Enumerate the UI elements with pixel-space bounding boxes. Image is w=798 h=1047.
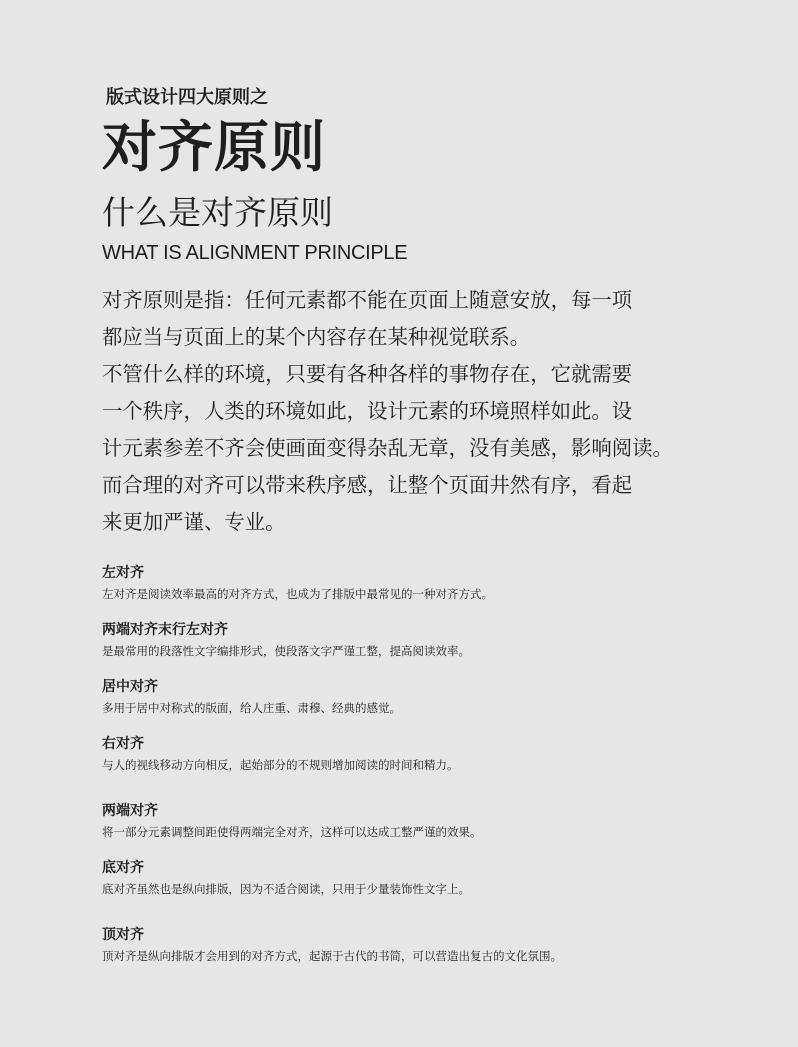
section-right-align: 右对齐 与人的视线移动方向相反，起始部分的不规则增加阅读的时间和精力。 <box>102 734 459 774</box>
section-description: 顶对齐是纵向排版才会用到的对齐方式，起源于古代的书简，可以营造出复古的文化氛围。 <box>102 947 562 965</box>
section-heading: 底对齐 <box>102 858 470 878</box>
section-heading: 两端对齐 <box>102 801 482 821</box>
section-description: 多用于居中对称式的版面，给人庄重、肃穆、经典的感觉。 <box>102 699 401 717</box>
section-description: 是最常用的段落性文字编排形式，使段落文字严谨工整，提高阅读效率。 <box>102 642 470 660</box>
section-heading: 右对齐 <box>102 734 459 754</box>
section-heading: 顶对齐 <box>102 925 562 945</box>
section-justify-last-left: 两端对齐末行左对齐 是最常用的段落性文字编排形式，使段落文字严谨工整，提高阅读效… <box>102 620 470 660</box>
section-top-align: 顶对齐 顶对齐是纵向排版才会用到的对齐方式，起源于古代的书简，可以营造出复古的文… <box>102 925 562 965</box>
section-left-align: 左对齐 左对齐是阅读效率最高的对齐方式，也成为了排版中最常见的一种对齐方式。 <box>102 563 493 603</box>
body-line: 不管什么样的环境，只要有各种各样的事物存在，它就需要 <box>102 356 672 393</box>
section-bottom-align: 底对齐 底对齐虽然也是纵向排版，因为不适合阅读，只用于少量装饰性文字上。 <box>102 858 470 898</box>
section-heading: 左对齐 <box>102 563 493 583</box>
body-line: 对齐原则是指：任何元素都不能在页面上随意安放，每一项 <box>102 282 672 319</box>
section-title: 什么是对齐原则 <box>102 190 333 236</box>
intro-paragraph: 对齐原则是指：任何元素都不能在页面上随意安放，每一项 都应当与页面上的某个内容存… <box>102 282 672 541</box>
body-line: 都应当与页面上的某个内容存在某种视觉联系。 <box>102 319 672 356</box>
body-line: 一个秩序，人类的环境如此，设计元素的环境照样如此。设 <box>102 393 672 430</box>
series-kicker: 版式设计四大原则之 <box>106 83 268 109</box>
section-center-align: 居中对齐 多用于居中对称式的版面，给人庄重、肃穆、经典的感觉。 <box>102 677 401 717</box>
section-description: 将一部分元素调整间距使得两端完全对齐，这样可以达成工整严谨的效果。 <box>102 823 482 841</box>
page-title: 对齐原则 <box>102 112 326 182</box>
section-description: 左对齐是阅读效率最高的对齐方式，也成为了排版中最常见的一种对齐方式。 <box>102 585 493 603</box>
section-description: 与人的视线移动方向相反，起始部分的不规则增加阅读的时间和精力。 <box>102 756 459 774</box>
body-line: 来更加严谨、专业。 <box>102 504 672 541</box>
section-title-english: WHAT IS ALIGNMENT PRINCIPLE <box>102 240 407 266</box>
section-description: 底对齐虽然也是纵向排版，因为不适合阅读，只用于少量装饰性文字上。 <box>102 880 470 898</box>
section-justify: 两端对齐 将一部分元素调整间距使得两端完全对齐，这样可以达成工整严谨的效果。 <box>102 801 482 841</box>
body-line: 而合理的对齐可以带来秩序感，让整个页面井然有序，看起 <box>102 467 672 504</box>
section-heading: 居中对齐 <box>102 677 401 697</box>
section-heading: 两端对齐末行左对齐 <box>102 620 470 640</box>
body-line: 计元素参差不齐会使画面变得杂乱无章，没有美感，影响阅读。 <box>102 430 672 467</box>
